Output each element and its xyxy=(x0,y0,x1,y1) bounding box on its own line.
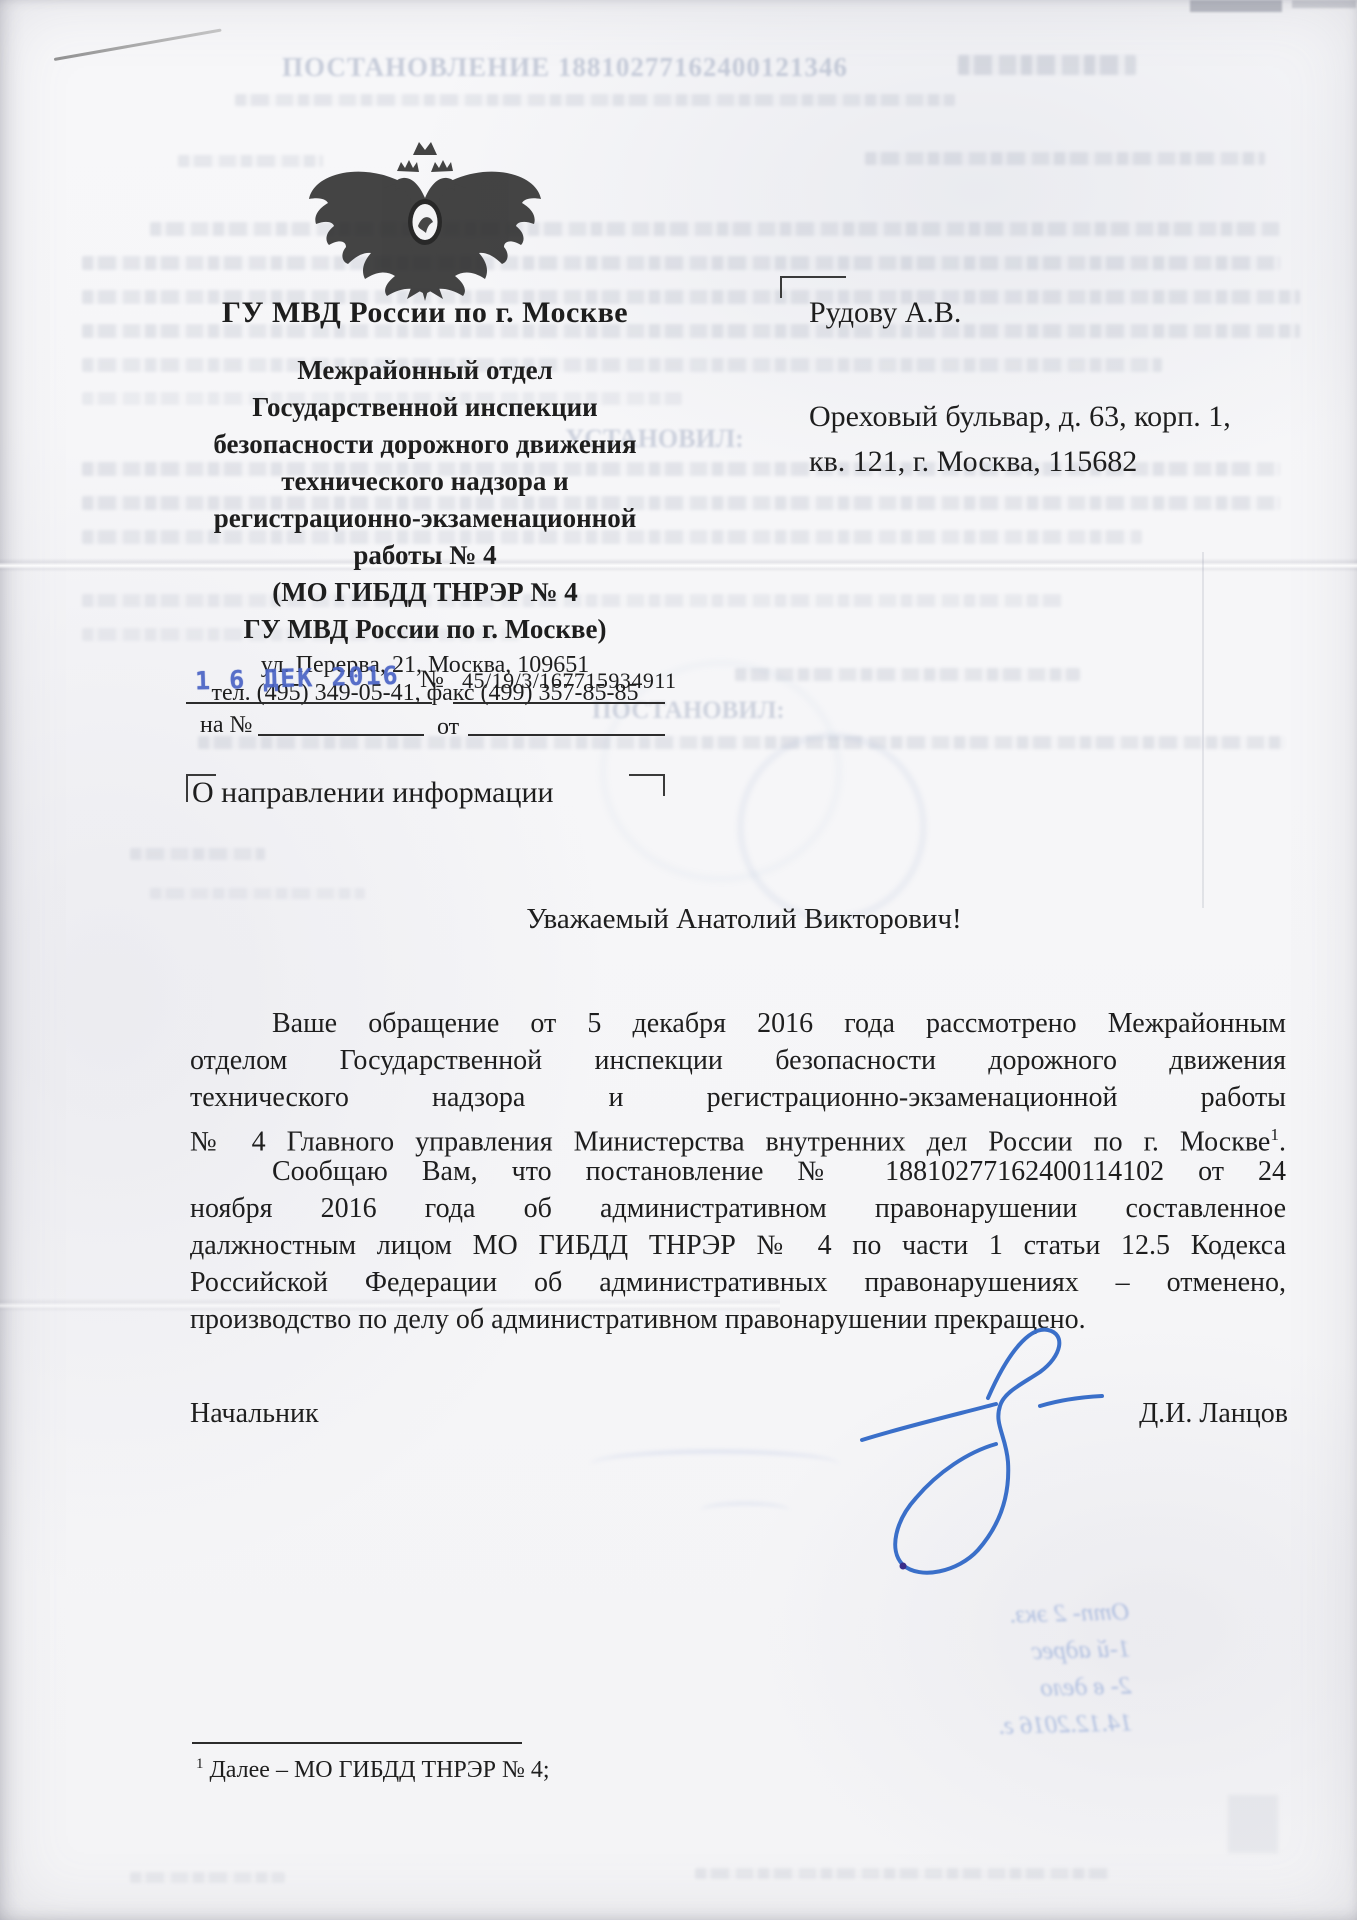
org-name-line: регистрационно-экзаменационной xyxy=(150,500,700,537)
handwriting-line: 14.12.2016 г. xyxy=(934,1704,1133,1746)
org-name-line: Межрайонный отдел xyxy=(150,352,700,389)
scan-artifact-line xyxy=(54,29,222,61)
signer-title: Начальник xyxy=(190,1398,319,1430)
bleed-through-line xyxy=(235,94,955,106)
bleed-through-line xyxy=(130,848,265,860)
org-name-line: безопасности дорожного движения xyxy=(150,426,700,463)
bleed-through-line xyxy=(150,888,365,899)
incoming-date-stamp: 1 6 ДЕК 2016 xyxy=(195,662,371,696)
recipient-name: Рудову А.В. xyxy=(809,296,961,330)
body-line: технического надзора и регистрационно-эк… xyxy=(190,1079,1286,1116)
bleed-through-line xyxy=(130,1872,285,1883)
handwriting-line: Отп- 2 экз. xyxy=(931,1593,1130,1635)
recipient-address-line1: Ореховый бульвар, д. 63, корп. 1, xyxy=(809,400,1231,434)
ref-from-underline xyxy=(468,734,665,736)
scan-artifact-smudge xyxy=(1228,1795,1278,1853)
body-line: Сообщаю Вам, что постановление № 1881027… xyxy=(190,1153,1286,1190)
org-name-line: работы № 4 xyxy=(150,537,700,574)
footnote-divider xyxy=(192,1742,522,1744)
bleed-through-header: ПОСТАНОВЛЕНИЕ 18810277162400121346 xyxy=(282,52,848,83)
footnote-ref-superscript: 1 xyxy=(1270,1125,1279,1144)
org-name-line: технического надзора и xyxy=(150,463,700,500)
scanner-streak xyxy=(1202,552,1204,908)
recipient-address-line2: кв. 121, г. Москва, 115682 xyxy=(809,445,1137,479)
bleed-through-handwriting: Отп- 2 экз. 1-й адрес 2- в дело 14.12.20… xyxy=(931,1593,1133,1746)
ink-ghost-stroke xyxy=(700,1502,790,1519)
greeting-line: Уважаемый Анатолий Викторович! xyxy=(404,903,1084,936)
ref-number-underline xyxy=(258,734,424,736)
scanned-letter-page: ПОСТАНОВЛЕНИЕ 18810277162400121346 УСТАН… xyxy=(0,0,1357,1920)
date-underline xyxy=(186,702,432,704)
scan-artifact-top-right xyxy=(1190,0,1282,12)
recipient-corner-mark xyxy=(780,276,846,298)
footnote-body: Далее – МО ГИБДД ТНРЭР № 4; xyxy=(203,1757,549,1783)
org-name-line: (МО ГИБДД ТНРЭР № 4 xyxy=(150,574,700,611)
number-underline xyxy=(453,702,665,704)
body-line: далжностным лицом МО ГИБДД ТНРЭР № 4 по … xyxy=(190,1227,1286,1264)
handwriting-line: 2- в дело xyxy=(933,1667,1132,1709)
scan-artifact-top-right-2 xyxy=(1292,0,1356,8)
document-number: 45/19/3/167715934911 xyxy=(462,668,677,694)
body-line: Российской Федерации об административных… xyxy=(190,1264,1286,1301)
bleed-through-line xyxy=(865,152,1265,165)
bleed-through-line xyxy=(695,1868,1110,1879)
mvd-double-headed-eagle-icon xyxy=(305,138,545,303)
footnote-text: 1 Далее – МО ГИБДД ТНРЭР № 4; xyxy=(196,1756,796,1784)
body-line: ноября 2016 года об административном пра… xyxy=(190,1190,1286,1227)
handwritten-signature xyxy=(840,1315,1140,1595)
subject-line: О направлении информации xyxy=(192,776,712,810)
body-line: отделом Государственной инспекции безопа… xyxy=(190,1042,1286,1079)
bleed-through-line xyxy=(958,55,1136,75)
number-label: № xyxy=(420,666,444,694)
org-name-line: Государственной инспекции xyxy=(150,389,700,426)
org-name-top: ГУ МВД России по г. Москве xyxy=(150,296,700,330)
bleed-through-line xyxy=(178,155,323,167)
body-line: Ваше обращение от 5 декабря 2016 года ра… xyxy=(190,1005,1286,1042)
ink-ghost-stroke xyxy=(590,1450,840,1479)
org-name-line: ГУ МВД России по г. Москве) xyxy=(150,611,700,648)
handwriting-line: 1-й адрес xyxy=(932,1630,1131,1672)
ref-from-label: от xyxy=(437,714,459,741)
bleed-through-line xyxy=(82,256,1280,270)
ref-number-label: на № xyxy=(200,712,252,739)
